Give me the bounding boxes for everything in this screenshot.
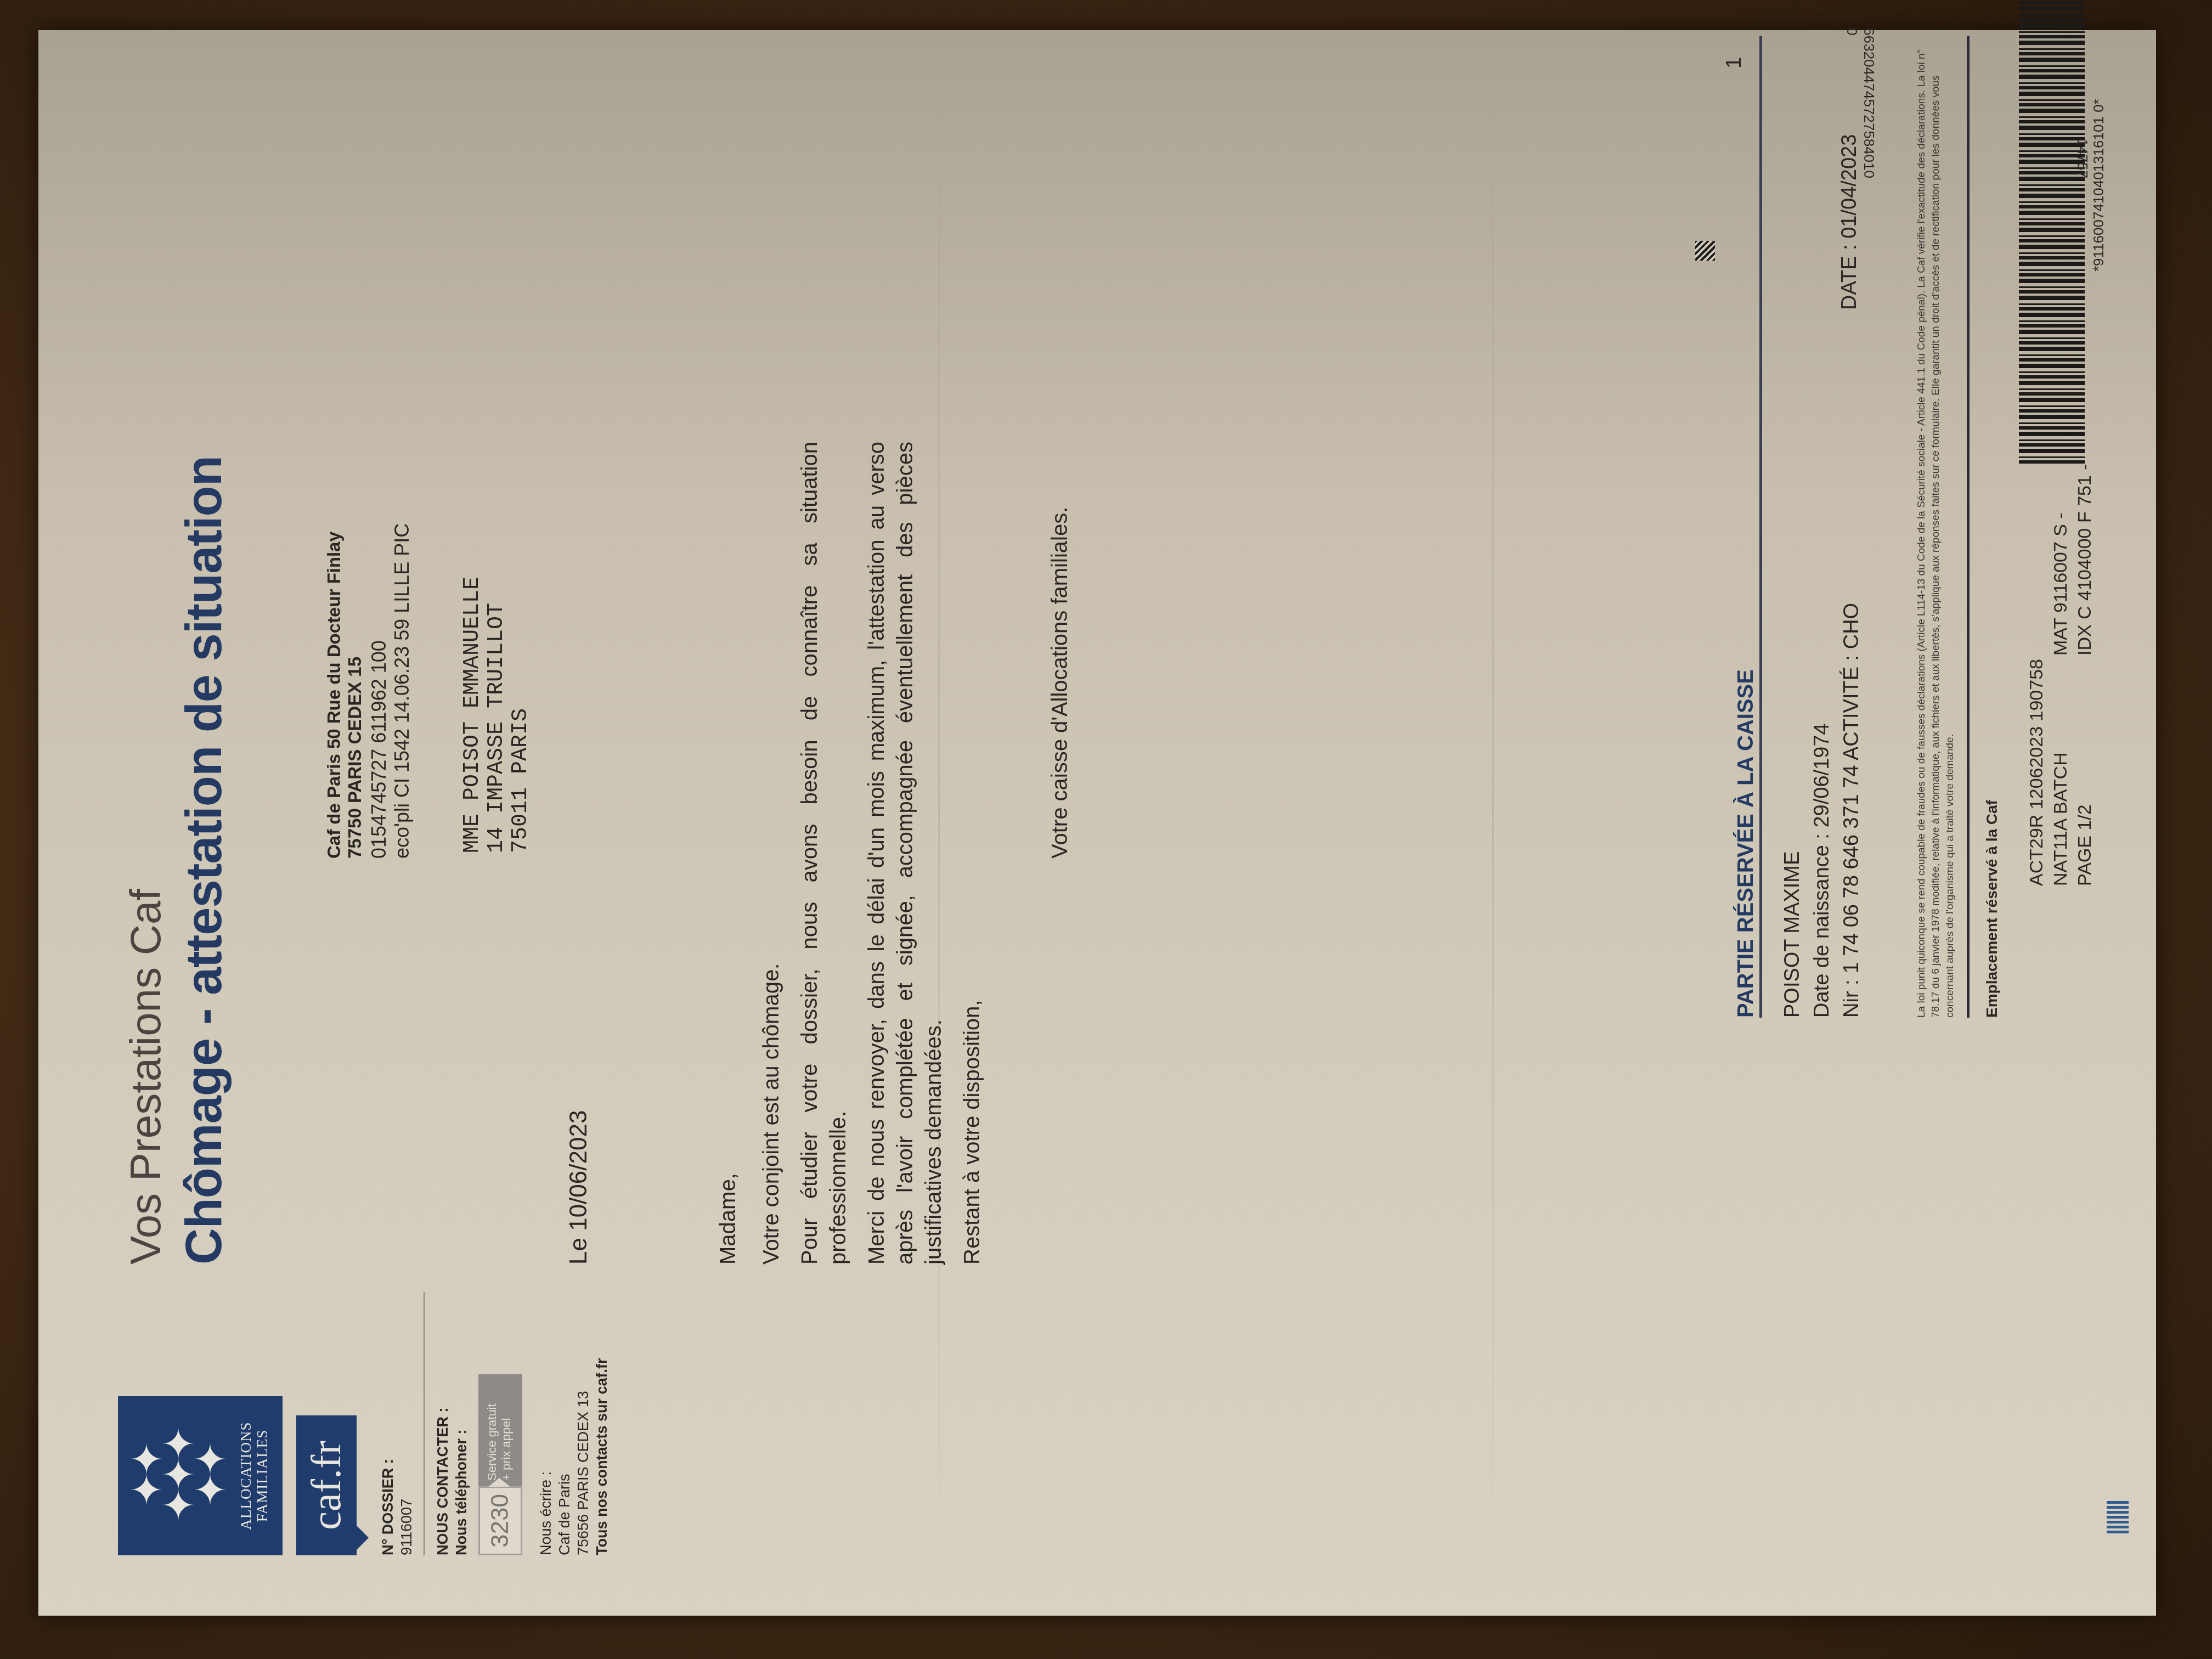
nir-activity: Nir : 1 74 06 78 646 371 74 ACTIVITÉ : C… [1837,603,1866,1018]
barcode-text: *9116007410401316101 0* [2090,99,2107,272]
salutation: Madame, [716,1173,741,1265]
dossier-label: N° DOSSIER : [379,1292,397,1555]
phone-box: 3230 Service gratuit+ prix appel [478,1374,522,1555]
paper-fold [1492,30,1494,1616]
sender-address: Caf de Paris 50 Rue du Docteur Finlay 75… [324,532,365,859]
birth-date: Date de naissance : 29/06/1974 [1807,603,1837,1018]
divider [1967,36,1970,1018]
write-line: 75656 PARIS CEDEX 13 [574,1292,592,1555]
reference-number: 6632044745727584010 0 [1843,27,1877,178]
barcode [2019,0,2085,464]
paragraph: Votre conjoint est au chômage. [757,442,786,1265]
phone-note: Service gratuit+ prix appel [478,1374,522,1486]
reserved-section-title: PARTIE RÉSERVÉE À LA CAISSE [1734,36,1762,1018]
paragraph: Pour étudier votre dossier, nous avons b… [795,442,853,1265]
small-code-icon [1695,241,1715,261]
paragraph: Merci de nous renvoyer, dans le délai d'… [862,442,948,1265]
signature: Votre caisse d'Allocations familiales. [1048,507,1073,859]
contacts-link: Tous nos contacts sur caf.fr [592,1292,611,1555]
caf-fr-logo: caf.fr [296,1415,357,1555]
page-subtitle: Vos Prestations Caf [121,889,171,1265]
write-line: Caf de Paris [555,1292,574,1555]
letter-date: Le 10/06/2023 [565,1110,592,1265]
emplacement-label: Emplacement réservé à la Caf [1983,800,2001,1018]
phone-number: 3230 [478,1486,522,1555]
logo-text: FAMILIALES [254,1430,270,1522]
legal-notice: La loi punit quiconque se rend coupable … [1915,36,1957,1018]
document-page: ✦✦✦✦✦✦✦ ALLOCATIONSFAMILIALES caf.fr Vos… [38,30,2156,1616]
page-title: Chômage - attestation de situation [176,456,233,1265]
recipient-address: MME POISOT EMMANUELLE 14 IMPASSE TRUILLO… [461,577,533,853]
divider [424,1292,425,1555]
logo-text: ALLOCATIONS [238,1422,254,1530]
letter-body: Votre conjoint est au chômage. Pour étud… [757,442,996,1265]
blue-code-icon [2107,1500,2129,1533]
paragraph: Restant à votre disposition, [958,442,986,1265]
dossier-number: 9116007 [397,1292,416,1555]
sender-line: eco'pli CI 1542 14.06.23 59 LILLE PIC [391,523,414,859]
person-name: POISOT MAXIME [1778,603,1807,1018]
write-label: Nous écrire : [537,1292,555,1555]
phone-label: Nous téléphoner : [452,1292,471,1555]
reference-number: 14757 [2074,139,2091,178]
page-marker: 1 [1723,57,1746,69]
allocations-familiales-logo: ✦✦✦✦✦✦✦ ALLOCATIONSFAMILIALES [118,1396,283,1555]
contact-sidebar: N° DOSSIER : 9116007 NOUS CONTACTER : No… [379,1292,611,1555]
sender-line: 0154745727 611962 100 [368,640,391,859]
reserved-section: POISOT MAXIME Date de naissance : 29/06/… [1778,603,1866,1018]
contact-label: NOUS CONTACTER : [433,1292,452,1555]
stars-icon: ✦✦✦✦✦✦✦ [132,1424,225,1528]
reference-codes: ACT29R 12062023 190758 NAT11A BATCHMAT 9… [2024,464,2097,886]
